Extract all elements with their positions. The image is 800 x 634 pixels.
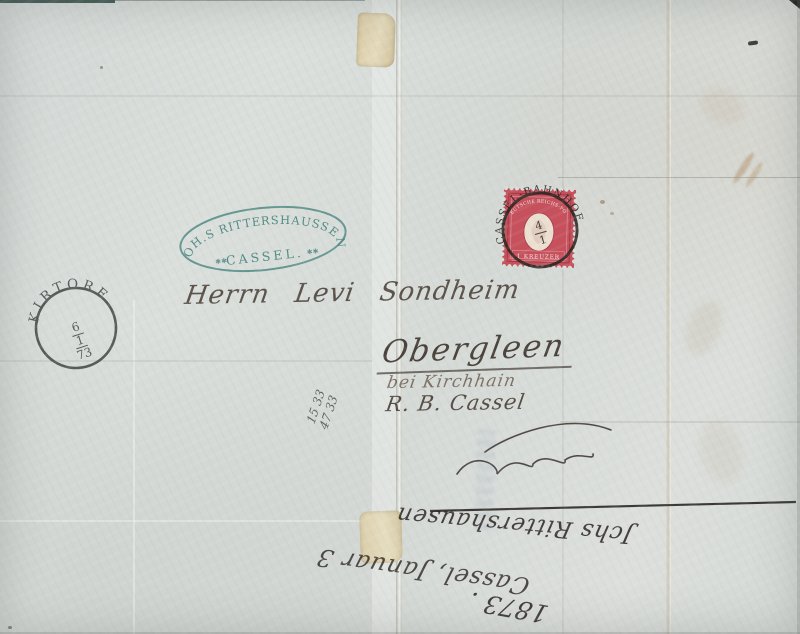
handwriting-flourish-inverted — [445, 420, 615, 485]
cancel-town-arc: CASSEL-BAHNHOF — [483, 173, 585, 245]
ink-show-through — [474, 430, 495, 531]
ink-dash-speck — [748, 40, 758, 45]
address-place-line: Obergleen — [377, 327, 579, 374]
docket-place-date-line-inverted: Cassel, Januar 3 — [292, 540, 533, 600]
address-near-line: bei Kirchhain — [385, 371, 517, 393]
postmark-year: 73 — [75, 345, 94, 363]
svg-text:CASSEL-BAHNHOF: CASSEL-BAHNHOF — [483, 173, 585, 245]
docket-rule — [430, 502, 796, 511]
tape-piece-top — [356, 12, 396, 67]
dispatch-cancel-cassel-bahnhof: CASSEL-BAHNHOF 4 1 — [481, 171, 600, 290]
cancel-month: 1 — [538, 233, 548, 247]
pencil-notation: 15 33 47 33 — [303, 382, 343, 437]
stain-right-lower — [692, 416, 749, 489]
paper-speck-bottom-left — [8, 626, 12, 629]
stain-right-upper — [695, 82, 751, 132]
crease-horizontal-bottom-left — [0, 520, 360, 522]
docket-year-line-inverted: 1873 . — [454, 585, 552, 628]
folded-letter-scan: JOH.S RITTERSHAUSSEN ✱✱ CASSEL. ✱✱ KIRTO… — [0, 0, 800, 634]
paper-speck — [100, 66, 103, 69]
crease-vertical-faint-left — [133, 300, 135, 634]
stain-speck-near-stamp-2 — [610, 212, 614, 215]
flourish-stroke-long — [485, 424, 611, 452]
address-recipient-line: Herrn Levi Sondheim — [183, 275, 523, 311]
scan-edge-top-mid — [115, 0, 365, 1]
svg-text:KIRTORF: KIRTORF — [17, 264, 115, 328]
stain-right-mid — [679, 296, 728, 360]
scan-edge-top-left — [0, 0, 115, 3]
pencil-notation-line2: 47 33 — [316, 388, 343, 437]
crease-horizontal-top — [0, 95, 800, 97]
arrival-postmark-kirtorf: KIRTORF 6 1 73 — [21, 273, 132, 384]
handstamp-ornament-right: ✱✱ — [306, 247, 319, 256]
postmark-town-arc: KIRTORF — [17, 264, 115, 328]
tape-piece-bottom — [359, 510, 403, 563]
crease-horizontal-right — [558, 177, 800, 178]
pencil-notation-line1: 15 33 — [303, 382, 330, 431]
cancel-day: 4 — [534, 218, 544, 232]
merchant-handstamp: JOH.S RITTERSHAUSSEN ✱✱ CASSEL. ✱✱ — [172, 194, 355, 284]
docket-rule-line — [430, 498, 796, 514]
address-district-line: R. B. Cassel — [384, 390, 527, 417]
handstamp-town: CASSEL. — [225, 245, 304, 268]
stain-speck-near-stamp-1 — [600, 200, 605, 204]
